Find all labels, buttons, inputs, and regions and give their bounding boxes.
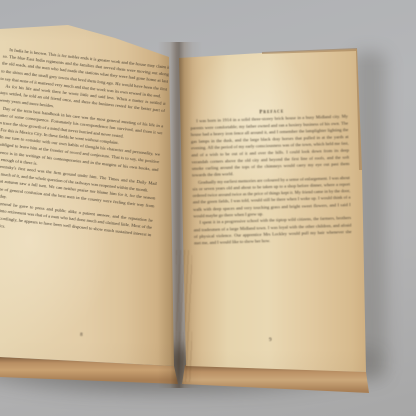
left-page-number: 8	[80, 332, 83, 338]
right-page-text: Preface I was born in 1914 in a solid th…	[190, 106, 352, 247]
gutter-page-striations	[176, 250, 192, 382]
photo-of-open-book: In India he is known. This is for nobler…	[0, 0, 416, 416]
left-page-text: In India he is known. This is for nobler…	[0, 46, 170, 247]
text-paragraph: I was born in 1914 in a solid three-stor…	[190, 113, 350, 179]
text-paragraph: I spent it in a progressive school with …	[193, 215, 351, 247]
text-paragraph: Gradually my earliest memories are colou…	[192, 174, 351, 220]
right-page-number: 9	[269, 337, 272, 343]
